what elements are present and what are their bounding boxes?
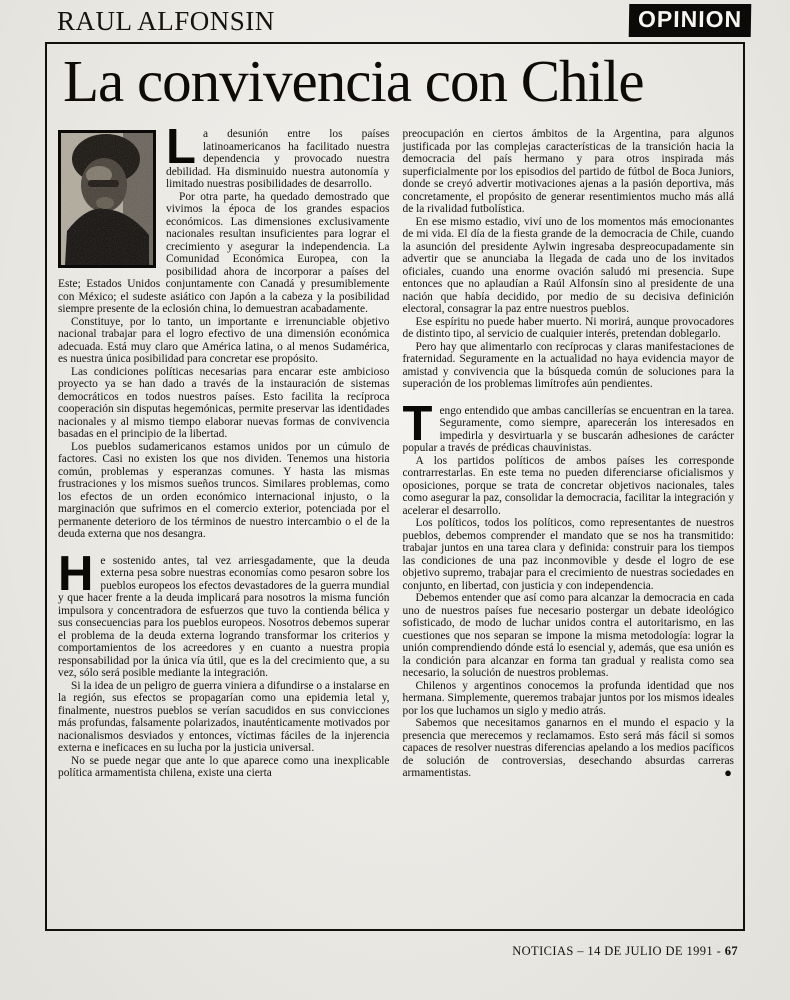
paragraph-text: Si la idea de un peligro de guerra vinie… [58,680,390,755]
footer-page-number: 67 [725,944,738,958]
paragraph: He sostenido antes, tal vez arriesgadame… [58,555,390,680]
paragraph: Las condiciones políticas necesarias par… [58,366,390,441]
paragraph-text: Debemos entender que así como para alcan… [403,592,735,679]
paragraph-text: e sostenido antes, tal vez arriesgadamen… [58,555,390,680]
author-kicker: RAUL ALFONSIN [57,6,275,37]
paragraph-text: A los partidos políticos de ambos países… [403,455,735,517]
paragraph-text: Constituye, por lo tanto, un importante … [58,316,390,366]
dropcap-letter: T [403,405,440,442]
paragraph-text: Sabemos que necesitamos ganarnos en el m… [403,717,735,779]
paragraph: Chilenos y argentinos conocemos la profu… [403,680,735,718]
paragraph-text: En ese mismo estadio, viví uno de los mo… [403,216,735,316]
paragraph: preocupación en ciertos ámbitos de la Ar… [403,128,735,216]
dropcap-letter: L [166,128,203,165]
page-footer: NOTICIAS – 14 DE JULIO DE 1991 - 67 [512,944,738,959]
end-of-article-mark-icon: ● [711,767,732,779]
paragraph: Debemos entender que así como para alcan… [403,592,735,680]
paragraph: A los partidos políticos de ambos países… [403,455,735,518]
right-column: preocupación en ciertos ámbitos de la Ar… [403,128,735,780]
author-photo [58,130,156,268]
paragraph: No se puede negar que ante lo que aparec… [58,755,390,780]
article-frame: La convivencia con Chile [45,42,745,931]
paragraph: Si la idea de un peligro de guerra vinie… [58,680,390,755]
paragraph: Constituye, por lo tanto, un importante … [58,316,390,366]
paragraph-text: preocupación en ciertos ámbitos de la Ar… [403,128,735,215]
paragraph: Tengo entendido que ambas cancillerías s… [403,405,735,455]
headline: La convivencia con Chile [47,46,743,114]
paragraph-text: Las condiciones políticas necesarias par… [58,366,390,441]
paragraph-text: Ese espíritu no puede haber muerto. Ni m… [403,316,735,341]
paragraph: Ese espíritu no puede haber muerto. Ni m… [403,316,735,341]
paragraph-text: No se puede negar que ante lo que aparec… [58,755,390,780]
paragraph: Pero hay que alimentarlo con recíprocas … [403,341,735,391]
portrait-graphic [61,133,153,265]
footer-credit: NOTICIAS – 14 DE JULIO DE 1991 - [512,944,721,958]
paragraph-text: Los pueblos sudamericanos estamos unidos… [58,441,390,541]
paragraph-text: Pero hay que alimentarlo con recíprocas … [403,341,735,391]
section-label-opinion: OPINION [629,4,752,37]
paragraph: Sabemos que necesitamos ganarnos en el m… [403,717,735,780]
left-column: La desunión entre los países latinoameri… [58,128,390,780]
article-columns: La desunión entre los países latinoameri… [47,128,743,780]
paragraph-text: Los políticos, todos los políticos, como… [403,517,735,592]
paragraph: Los pueblos sudamericanos estamos unidos… [58,441,390,541]
paragraph-text: engo entendido que ambas cancillerías se… [403,405,735,455]
paragraph: En ese mismo estadio, viví uno de los mo… [403,216,735,316]
paragraph-text: Chilenos y argentinos conocemos la profu… [403,680,735,717]
paragraph: Los políticos, todos los políticos, como… [403,517,735,592]
dropcap-letter: H [58,555,100,592]
